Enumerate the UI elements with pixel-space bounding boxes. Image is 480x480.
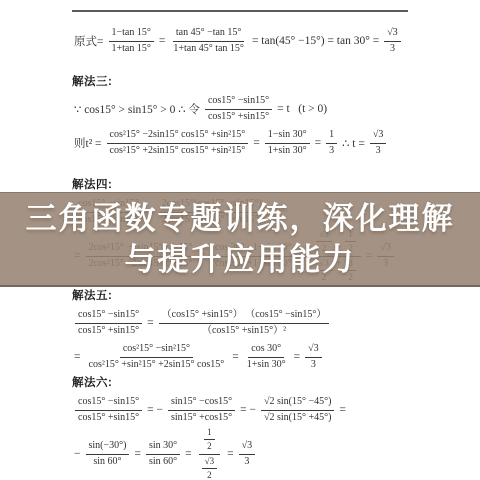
- fraction: cos15° −sin15°cos15° +sin15°: [75, 309, 142, 337]
- fraction: √33: [239, 440, 256, 468]
- math-text: ∴ t =: [342, 136, 365, 150]
- formula-line: =cos²15° −sin²15°cos²15° +sin²15° +2sin1…: [72, 340, 444, 374]
- fraction: √33: [370, 129, 387, 157]
- solution-section: 原式=1−tan 15°1+tan 15°=tan 45° −tan 15°1+…: [72, 24, 444, 58]
- fraction: sin(−30°)sin 60°: [86, 440, 130, 468]
- banner-title-line2: 与提升应用能力: [125, 239, 356, 280]
- math-text: = tan(45° −15°) = tan 30° =: [252, 35, 379, 47]
- math-text: ∵ cos15° > sin15° > 0 ∴ 令: [74, 101, 200, 117]
- fraction: 1−tan 15°1+tan 15°: [109, 27, 154, 55]
- math-text: =: [294, 351, 301, 363]
- solution-section: 解法六:cos15° −sin15°cos15° +sin15°= −sin15…: [72, 374, 444, 480]
- fraction: cos 30°1+sin 30°: [244, 343, 289, 371]
- math-text: =: [227, 448, 234, 460]
- math-text: = −: [240, 404, 256, 416]
- fraction: √33: [384, 27, 401, 55]
- formula-line: 原式=1−tan 15°1+tan 15°=tan 45° −tan 15°1+…: [72, 24, 444, 58]
- fraction: tan 45° −tan 15°1+tan 45° tan 15°: [170, 27, 247, 55]
- section-heading: 解法三:: [72, 73, 444, 89]
- fraction: sin15° −cos15°sin15° +cos15°: [168, 396, 235, 424]
- fraction: √2 sin(15° −45°)√2 sin(15° +45°): [261, 396, 334, 424]
- section-heading: 解法六:: [72, 374, 444, 390]
- math-text: = t (t > 0): [277, 103, 327, 115]
- fraction: cos²15° −sin²15°cos²15° +sin²15° +2sin15…: [86, 343, 228, 371]
- math-text: −: [74, 448, 81, 460]
- fraction: cos15° −sin15°cos15° +sin15°: [75, 396, 142, 424]
- formula-line: cos15° −sin15°cos15° +sin15°=（cos15° +si…: [72, 306, 444, 340]
- math-text: =: [253, 137, 260, 149]
- title-banner-overlay: 三角函数专题训练，深化理解 与提升应用能力: [0, 192, 480, 287]
- document-page: 原式=1−tan 15°1+tan 15°=tan 45° −tan 15°1+…: [0, 0, 480, 480]
- math-text: =: [159, 35, 166, 47]
- section-heading: 解法四:: [72, 176, 444, 192]
- math-text: = −: [147, 404, 163, 416]
- formula-line: cos15° −sin15°cos15° +sin15°= −sin15° −c…: [72, 393, 444, 427]
- fraction: cos15° −sin15°cos15° +sin15°: [205, 95, 272, 123]
- math-text: =: [339, 404, 346, 416]
- formula-line: 则t² =cos²15° −2sin15° cos15° +sin²15°cos…: [72, 126, 444, 160]
- fraction: sin 30°sin 60°: [146, 440, 180, 468]
- math-text: 原式=: [74, 33, 104, 49]
- fraction: （cos15° +sin15°） （cos15° −sin15°）（cos15°…: [159, 309, 330, 337]
- math-text: =: [147, 317, 154, 329]
- math-text: =: [232, 351, 239, 363]
- fraction: cos²15° −2sin15° cos15° +sin²15°cos²15° …: [107, 129, 249, 157]
- math-text: =: [315, 137, 322, 149]
- math-text: 则t² =: [74, 135, 102, 151]
- banner-title-line1: 三角函数专题训练，深化理解: [26, 198, 455, 239]
- solution-section: 解法五:cos15° −sin15°cos15° +sin15°=（cos15°…: [72, 287, 444, 374]
- fraction: 13: [326, 129, 337, 157]
- solution-section: 解法三:∵ cos15° > sin15° > 0 ∴ 令cos15° −sin…: [72, 73, 444, 160]
- horizontal-rule: [72, 10, 408, 12]
- fraction: √32: [202, 456, 217, 480]
- formula-line: −sin(−30°)sin 60°=sin 30°sin 60°=12√32=√…: [72, 427, 444, 480]
- fraction: 12√32: [197, 427, 222, 480]
- formula-line: ∵ cos15° > sin15° > 0 ∴ 令cos15° −sin15°c…: [72, 92, 444, 126]
- fraction: 12: [204, 427, 215, 453]
- math-text: =: [134, 448, 141, 460]
- fraction: 1−sin 30°1+sin 30°: [265, 129, 310, 157]
- math-text: =: [185, 448, 192, 460]
- fraction: √33: [305, 343, 322, 371]
- math-text: =: [74, 351, 81, 363]
- section-heading: 解法五:: [72, 287, 444, 303]
